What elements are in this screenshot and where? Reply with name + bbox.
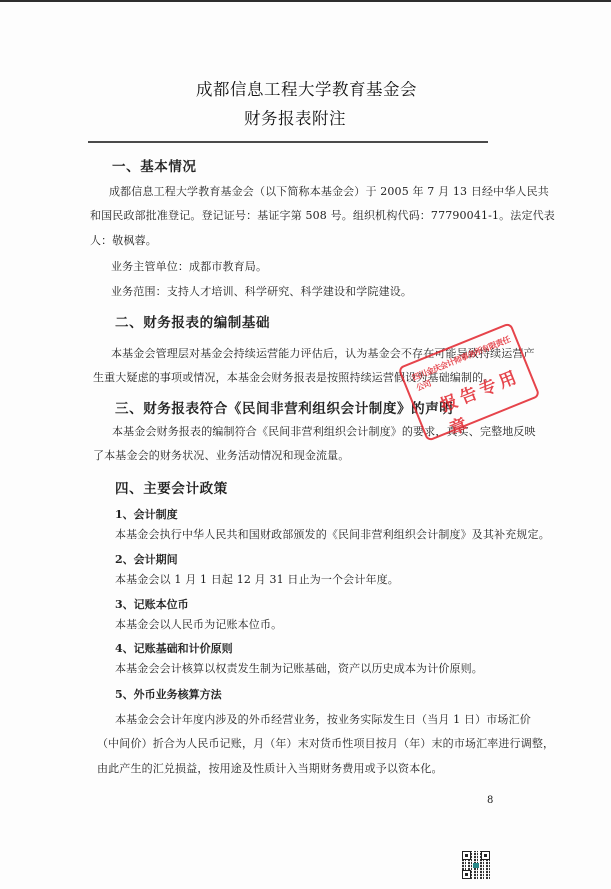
policy-5-text: 由此产生的汇兑损益，按用途及性质计入当期财务费用或予以资本化。 — [97, 760, 443, 776]
qr-logo-icon — [473, 863, 479, 868]
policy-5-text: （中间价）折合为人民币记账，月（年）末对货币性项目按月（年）末的市场汇率进行调整… — [97, 735, 554, 751]
policy-5-title: 5、外币业务核算方法 — [115, 686, 222, 702]
policy-1-text: 本基金会执行中华人民共和国财政部颁发的《民间非营利组织会计制度》及其补充规定。 — [115, 526, 550, 542]
policy-3-text: 本基金会以人民币为记账本位币。 — [115, 616, 282, 632]
qr-code-icon — [462, 851, 490, 879]
qr-finder-icon — [462, 870, 471, 879]
policy-4-text: 本基金会会计核算以权责发生制为记账基础，资产以历史成本为计价原则。 — [115, 660, 483, 676]
section-1-supervisor: 业务主管单位：成都市教育局。 — [111, 258, 267, 274]
policy-2-text: 本基金会以 1 月 1 日起 12 月 31 日止为一个会计年度。 — [115, 571, 399, 587]
section-1-line: 和国民政部批准登记。登记证号：基证字第 508 号。组织机构代码：7779004… — [90, 207, 555, 223]
policy-1-title: 1、会计制度 — [115, 506, 178, 522]
policy-2-title: 2、会计期间 — [115, 551, 178, 567]
qr-finder-icon — [462, 851, 471, 860]
qr-finder-icon — [481, 851, 490, 860]
title-divider — [88, 141, 488, 143]
scan-top-border — [0, 0, 611, 2]
section-4-heading: 四、主要会计政策 — [115, 477, 228, 497]
policy-3-title: 3、记账本位币 — [115, 596, 189, 612]
policy-4-title: 4、记账基础和计价原则 — [115, 640, 233, 656]
section-1-line: 成都信息工程大学教育基金会（以下简称本基金会）于 2005 年 7 月 13 日… — [109, 183, 549, 199]
page-number: 8 — [487, 795, 493, 806]
document-subtitle: 财务报表附注 — [244, 105, 346, 129]
section-3-line: 了本基金会的财务状况、业务活动情况和现金流量。 — [93, 447, 349, 463]
section-2-heading: 二、财务报表的编制基础 — [115, 311, 270, 331]
section-3-heading: 三、财务报表符合《民间非营利组织会计制度》的声明 — [115, 397, 453, 417]
policy-5-text: 本基金会会计年度内涉及的外币经营业务，按业务实际发生日（当月 1 日）市场汇价 — [115, 711, 531, 727]
section-1-heading: 一、基本情况 — [112, 155, 197, 175]
document-title: 成都信息工程大学教育基金会 — [196, 76, 417, 100]
section-1-line: 人：敬枫蓉。 — [90, 232, 157, 248]
section-1-scope: 业务范围：支持人才培训、科学研究、科学建设和学院建设。 — [111, 283, 412, 299]
